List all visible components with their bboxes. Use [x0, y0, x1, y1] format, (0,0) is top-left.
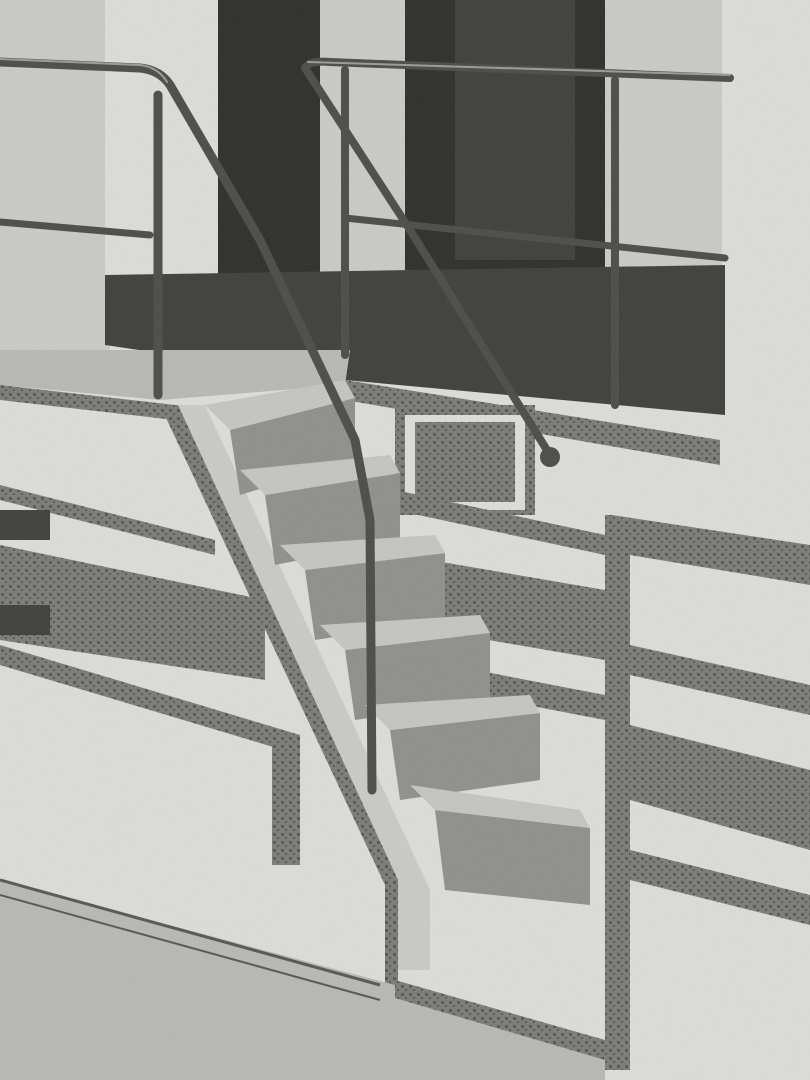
photo-canvas: [0, 0, 810, 1080]
staircase-photograph: Grayscale photograph of a short concrete…: [0, 0, 810, 1080]
film-grain-overlay: [0, 0, 810, 1080]
